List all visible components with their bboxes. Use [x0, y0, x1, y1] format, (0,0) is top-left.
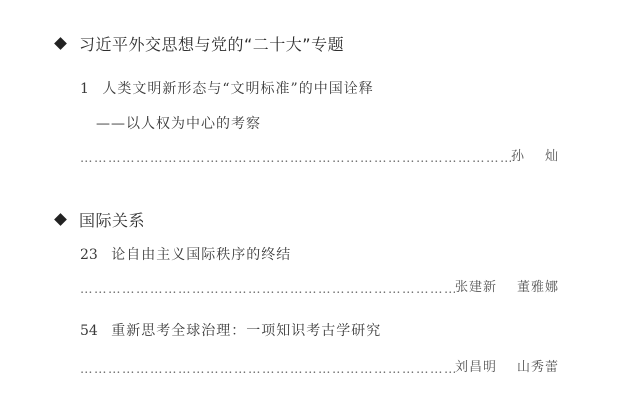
entry-title-text: 论自由主义国际秩序的终结	[111, 247, 291, 263]
toc-leader-row: ……………………………………………………………………………………………………………	[80, 357, 559, 375]
toc-leader-row: ……………………………………………………………………………………………………………	[80, 277, 559, 295]
dot-leader: …………………………………………………………………………………………………………	[80, 283, 455, 295]
toc-entry-title[interactable]: 54 重新思考全球治理：一项知识考古学研究	[80, 320, 381, 340]
author-name: 灿	[545, 149, 559, 164]
toc-entry-subtitle: ——以人权为中心的考察	[96, 113, 261, 133]
page-number: 54	[80, 323, 98, 339]
diamond-bullet-icon	[54, 37, 67, 50]
author-name: 张建新	[455, 280, 497, 295]
entry-subtitle-text: ——以人权为中心的考察	[96, 116, 261, 132]
section-heading-text: 国际关系	[79, 208, 145, 231]
author-names: 刘昌明山秀蕾	[455, 356, 559, 375]
toc-entry-title[interactable]: 1 人类文明新形态与“文明标准”的中国诠释	[80, 78, 374, 98]
toc-entry-title[interactable]: 23 论自由主义国际秩序的终结	[80, 244, 291, 264]
entry-title-text: 人类文明新形态与“文明标准”的中国诠释	[102, 81, 373, 97]
author-name: 山秀蕾	[517, 360, 559, 375]
dot-leader: …………………………………………………………………………………………………………	[80, 152, 511, 164]
entry-title-text: 重新思考全球治理：一项知识考古学研究	[111, 323, 381, 339]
author-name: 刘昌明	[455, 360, 497, 375]
section-heading-text: 习近平外交思想与党的“二十大”专题	[79, 32, 344, 55]
page-number: 1	[80, 81, 89, 97]
author-names: 孙灿	[511, 145, 559, 164]
section-heading-international-relations: 国际关系	[56, 208, 145, 231]
page-number: 23	[80, 247, 98, 263]
author-name: 董雅娜	[517, 280, 559, 295]
dot-leader: …………………………………………………………………………………………………………	[80, 363, 455, 375]
author-names: 张建新董雅娜	[455, 276, 559, 295]
author-name: 孙	[511, 149, 525, 164]
toc-leader-row: ……………………………………………………………………………………………………………	[80, 146, 559, 164]
section-heading-xi-diplomacy: 习近平外交思想与党的“二十大”专题	[56, 32, 344, 55]
diamond-bullet-icon	[54, 213, 67, 226]
